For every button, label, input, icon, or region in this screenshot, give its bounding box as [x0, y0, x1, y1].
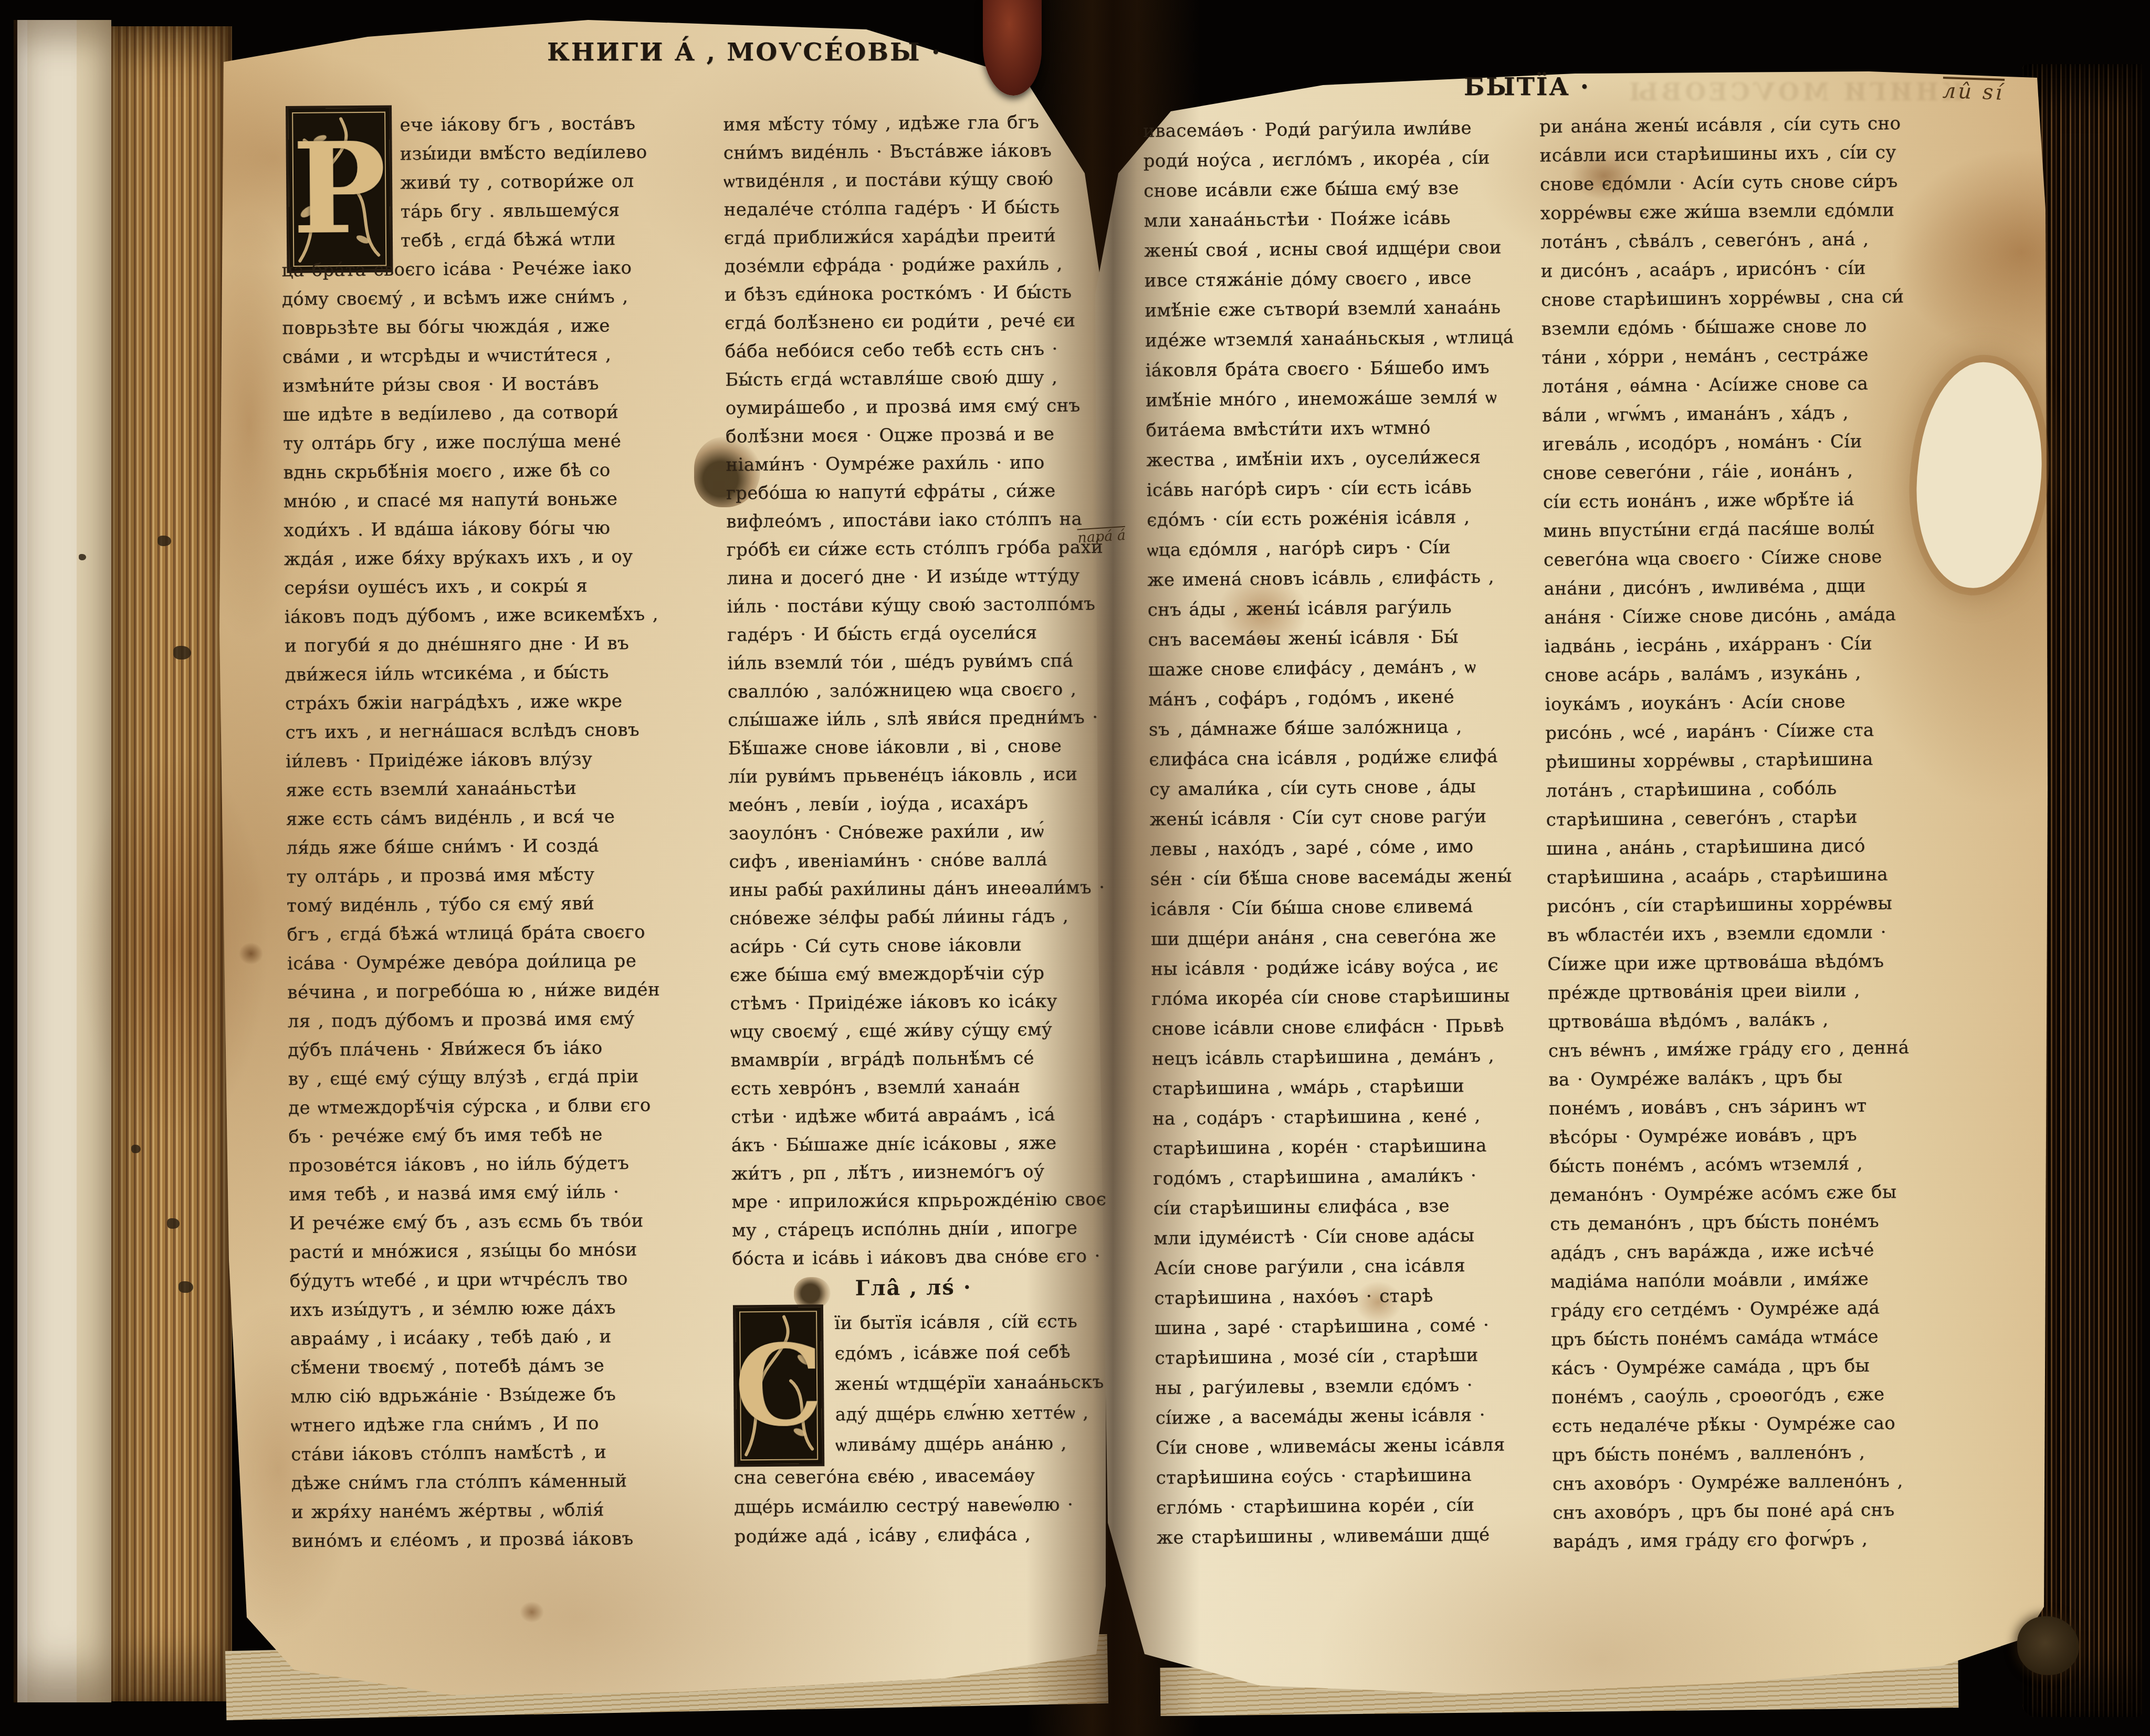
text-line: же имена́ сновъ іса́вль , єлифа́сть ,: [1147, 562, 1516, 595]
ink-speck: [131, 1145, 141, 1153]
text-line: же старѣишины , ѡливема́ши дще́: [1156, 1520, 1525, 1553]
text-line: снъ ве́ѡнъ , имя́же гра́ду єго , денна́: [1548, 1033, 1912, 1066]
text-line: ны , рагу́илевы , вземли єдо́мъ ·: [1155, 1370, 1524, 1404]
text-line: сі́иже , а васема́ды жены іса́вля ·: [1155, 1400, 1524, 1434]
text-line: снове аса́рь , вала́мъ , изука́нь ,: [1545, 658, 1908, 691]
text-line: ля́дь яже бя́ше сни́мъ · И созда́: [286, 831, 660, 863]
text-line: сифъ , ивеніами́нъ · сно́ве валла́: [729, 845, 1106, 876]
text-line: гра́ду єго сетде́мъ · Оумре́же ада́: [1550, 1293, 1914, 1326]
text-line: И рече́же єму́ бъ , азъ єсмь бъ тво́и: [289, 1207, 664, 1239]
text-line: заоуло́нъ · Сно́веже рахи́ли , иѡ́: [729, 817, 1106, 848]
text-line: бита́ема вмѣсти́ти ихъ ѡтмно́: [1146, 412, 1515, 446]
text-line: бу́дутъ ѡтебе́ , и цри ѡтчре́слъ тво: [289, 1264, 664, 1296]
text-line: сна севего́на єве́ю , ивасема́ѳу: [733, 1460, 1073, 1492]
ink-speck: [79, 554, 86, 560]
text-line: рѣишины хорре́ѡвы , старѣишина: [1545, 745, 1908, 777]
text-line: млю сію́ вдрьжа́ніе · Взы́деже бъ: [290, 1380, 665, 1412]
text-line: имя тебѣ , и назва́ имя єму́ іи́ль ·: [289, 1178, 663, 1210]
text-line: ихъ изы́дутъ , и зе́млю юже да́хъ: [290, 1293, 664, 1325]
text-line: расти́ и мно́жися , язы́цы бо мно́ѕи: [289, 1236, 664, 1268]
text-column-2-tail: сна севего́на єве́ю , ивасема́ѳудще́рь и…: [733, 1460, 1073, 1551]
text-line: снъ а́ды , жены́ іса́вля рагу́иль: [1147, 592, 1516, 625]
text-line: іса́вь наго́рѣ сиръ · сі́и єсть іса́вь: [1146, 472, 1515, 506]
text-line: яже єсть са́мъ виде́нль , и вся́ че: [286, 802, 660, 834]
text-line: цртвова́ша вѣдо́мъ , вала́къ ,: [1548, 1005, 1911, 1037]
text-line: єсть недале́че рѣ́кы · Оумре́же сао: [1551, 1409, 1915, 1441]
text-line: ва · Оумре́же вала́къ , цръ бы: [1548, 1062, 1912, 1095]
text-line: поврьзѣте вы бо́гы чюжда́я , иже: [282, 311, 656, 343]
text-line: мео́нъ , леві́и , іоу́да , исаха́ръ: [728, 788, 1105, 820]
text-line: єдо́мъ · сі́и єсть роже́нія іса́вля ,: [1147, 502, 1516, 536]
text-line: тебѣ , єгда́ бѣжа́ ѡтли: [401, 225, 648, 256]
text-line: ѡтвиде́нля , и поста́ви ку́щу свою́: [723, 164, 1100, 196]
text-line: цръ бы́сть поне́мъ , валлено́нъ ,: [1552, 1438, 1915, 1470]
text-column-2: имя мѣ́сту то́му , идѣже гла бгъсни́мъ в…: [723, 108, 1109, 1273]
text-line: іса́ва · Оумре́же дево́ра дои́лица ре: [287, 947, 662, 979]
text-line: ана́ни , дисо́нъ , иѡливе́ма , дщи: [1544, 571, 1907, 604]
text-line: нецъ іса́вль старѣишина , дема́нъ ,: [1152, 1041, 1521, 1074]
text-line: свалло́ю , зало́жницею ѡца своєго ,: [728, 675, 1105, 706]
text-line: ву , єще́ єму́ су́щу влу́зѣ , єгда́ пріи: [288, 1062, 662, 1094]
text-line: вмамврі́и , вгра́дѣ польнѣ́мъ се́: [730, 1043, 1107, 1075]
text-line: стѣмъ · Приіде́же іа́ковъ ко іса́ку: [730, 987, 1107, 1018]
text-line: іи́левъ · Приіде́же іа́ковъ влу́зу: [286, 745, 660, 777]
text-line: єже бы́ша єму́ вмеждорѣ́чіи су́р: [730, 958, 1107, 990]
text-line: ба́ба небо́ися себо тебѣ єсть снъ ·: [725, 334, 1102, 366]
text-line: гро́бѣ єи си́же єсть сто́лпъ гро́ба рахи…: [726, 533, 1103, 564]
text-line: старѣишина , нахо́ѳъ · старѣ: [1154, 1280, 1523, 1314]
text-line: снове старѣишинъ хорре́ѡвы , сна си́: [1541, 283, 1904, 315]
text-line: ма́нъ , софа́ръ , годо́мъ , икене́: [1148, 682, 1517, 715]
text-line: жда́я , иже бя́ху вру́кахъ ихъ , и оу: [284, 542, 658, 574]
text-line: ше идѣте в веді́илево , да сотвори́: [282, 398, 657, 430]
text-line: оумира́шебо , и прозва́ имя єму́ снъ: [725, 391, 1102, 423]
text-line: имѣ́ніе мно́го , инеможа́ше земля́ ѡ: [1146, 382, 1515, 416]
text-line: аси́рь · Си́ суть снове іа́ковли: [729, 930, 1106, 961]
text-line: аду́ дще́рь єлѡ́ню хетте́ѡ ,: [835, 1397, 1104, 1430]
text-line: снове єдо́мли · Асі́и суть снове си́ръ: [1540, 167, 1903, 200]
text-line: ва́ли , ѡгѡ́мъ , имана́нъ , ха́дъ ,: [1542, 398, 1905, 431]
right-page-text-block: пара́ а́ ивасема́ѳъ · Роди́ рагу́ила иѡл…: [0, 0, 2142, 15]
corner-stain: [2017, 1616, 2079, 1675]
text-line: стѣи · идѣже ѡбита́ авраа́мъ , іса́: [731, 1100, 1108, 1132]
text-line: іоука́мъ , иоука́нъ · Асі́и снове: [1545, 687, 1908, 719]
text-line: жества , имѣ́ніи ихъ , оусели́жеся: [1146, 442, 1515, 476]
text-line: жены́ своя́ , исны своя́ идще́ри свои: [1144, 233, 1513, 266]
text-line: снъ ахово́ръ · Оумре́же валлено́нъ ,: [1553, 1467, 1916, 1499]
text-line: снъ васема́ѳы жены́ іса́вля · Бы́: [1148, 622, 1517, 655]
text-line: старѣишина , мозе́ сі́и , старѣши: [1155, 1340, 1524, 1374]
text-line: єсть хевро́нъ , вземли́ ханаа́н: [731, 1072, 1108, 1103]
text-line: вѣсо́ры · Оумре́же иова́въ , цръ: [1549, 1120, 1912, 1153]
text-line: гаде́ръ · И бы́сть єгда́ оусели́ся: [727, 618, 1104, 650]
text-line: Бы́сть єгда́ ѡставля́ше свою́ дшу ,: [725, 363, 1102, 394]
text-line: цръ бы́сть поне́мъ сама́да ѡтма́се: [1551, 1322, 1914, 1355]
text-line: Сі́иже цри иже цртвова́ша вѣдо́мъ: [1547, 947, 1911, 979]
text-line: роди́же ада́ , іса́ву , єлифа́са ,: [734, 1519, 1074, 1551]
text-line: шина , заре́ · старѣишина , соме́ ·: [1155, 1310, 1524, 1344]
text-line: годо́мъ , старѣишина , амали́къ ·: [1153, 1160, 1522, 1194]
text-line: сть демано́нъ , цръ бы́сть поне́мъ: [1550, 1207, 1913, 1239]
page-stack-left-stripes: [111, 26, 232, 1701]
text-line: му , ста́рецъ испо́лнь дні́и , ипогре: [732, 1214, 1109, 1245]
text-line: ка́съ · Оумре́же сама́да , цръ бы: [1551, 1351, 1914, 1384]
text-line: вифлео́мъ , ипоста́ви іако сто́лпъ на: [726, 505, 1103, 536]
text-line: имѣ́ніе єже сътвори́ вземли́ ханаа́нь: [1145, 292, 1514, 326]
text-column-4: ри ана́на жены́ иса́вля , сі́и суть снои…: [1539, 109, 1916, 1557]
text-line: иде́же ѡтземля́ ханаа́ньскыя , ѡтлица́: [1145, 322, 1514, 356]
text-line: єлифа́са сна іса́вля , роди́же єлифа́: [1149, 741, 1518, 775]
text-column-3: ивасема́ѳъ · Роди́ рагу́ила иѡли́вероди́…: [1143, 113, 1526, 1553]
ink-speck: [167, 1218, 180, 1229]
text-line: єгда́ болѣ́знено єи роди́ти , рече́ єи: [725, 306, 1102, 338]
text-line: сва́ми , и ѡтсрѣды и ѡчисти́теся ,: [282, 340, 657, 372]
text-line: минь впусты́ни єгда́ пася́ше волы́: [1543, 514, 1906, 546]
text-line: мли ідуме́истѣ · Сі́и снове ада́сы: [1153, 1220, 1523, 1254]
text-line: ада́дъ , снъ вара́жда , иже исѣче́: [1550, 1236, 1913, 1268]
ink-speck: [179, 1281, 193, 1293]
running-title-right: БЫТЇА ·: [1464, 72, 1590, 101]
text-line: ѕъ , да́мнаже бя́ше зало́жница ,: [1149, 712, 1518, 745]
running-title-left: КНИГИ А́ , МОѴСЕ́ОВЫ ·: [547, 38, 888, 67]
text-line: Сі́и снове , ѡливема́сы жены іса́вля: [1156, 1430, 1525, 1463]
text-line: авраа́му , і иса́аку , тебѣ даю́ , и: [290, 1322, 664, 1354]
text-line: дви́жеся іи́ль ѡтсике́ма , и бы́сть: [285, 658, 659, 690]
text-line: вземли єдо́мь · бы́шаже снове ло: [1541, 311, 1904, 344]
drop-cap-letter: С: [734, 1330, 823, 1441]
text-line: ины рабы́ рахи́лины да́нъ инеѳали́мъ ·: [729, 873, 1106, 905]
text-line: де ѡтмеждорѣ́чія су́рска , и блви єго: [288, 1091, 663, 1123]
text-line: стъ ихъ , и негна́шася вслѣдъ сновъ: [285, 716, 659, 748]
text-line: и бѣзъ єди́нока ростко́мъ · И бы́сть: [725, 278, 1102, 309]
margin-reference-note: пара́ а́: [1077, 527, 1126, 547]
text-line: поне́мъ , саоу́ль , сроѳого́дъ , єже: [1551, 1380, 1915, 1413]
left-page-text-block: Р ече іа́кову бгъ , воста́въизы́иди вмѣ́…: [0, 0, 2143, 5]
drop-cap-initial-s: С: [736, 1307, 822, 1464]
text-line: мадіа́ма напо́ли моа́вли , имя́же: [1550, 1264, 1914, 1297]
text-line: живи́ ту , сотвори́же ол: [400, 167, 647, 198]
text-line: ивасема́ѳъ · Роди́ рагу́ила иѡли́ве: [1143, 113, 1512, 147]
text-line: Бѣ́шаже снове іа́ковли , ві , снове: [728, 731, 1105, 763]
text-line: ѡца єдо́мля , наго́рѣ сиръ · Сі́и: [1147, 532, 1516, 566]
text-line: бо́ста и іса́вь і иа́ковъ два сно́ве єго…: [732, 1242, 1109, 1273]
text-line: старѣишина , севего́нъ , старѣи: [1546, 802, 1909, 835]
text-line: а́къ · Бы́шаже дні́є іса́ковы , яже: [731, 1128, 1108, 1160]
text-line: ече іа́кову бгъ , воста́въ: [400, 109, 647, 140]
text-line: сни́мъ виде́нль · Въста́вже іа́ковъ: [723, 136, 1100, 168]
text-line: іадва́нь , іесра́нь , иха́рранъ · Сі́и: [1544, 629, 1907, 662]
text-line: старѣишина , ѡма́рь , старѣиши: [1152, 1071, 1521, 1104]
text-line: мли ханаа́ньстѣи · Поя́же іса́вь: [1144, 203, 1513, 236]
text-line: игева́ль , исодо́ръ , нома́нъ · Сі́и: [1543, 427, 1906, 459]
text-line: дще́рь исма́илю сестру́ навеѡ́ѳлю ·: [734, 1490, 1074, 1522]
text-line: гребо́ша ю напути́ єфра́ты , си́же: [726, 476, 1103, 508]
text-line: мно́ю , и спасе́ мя напути́ воньже: [284, 485, 658, 517]
text-line: стра́хъ бжіи награ́дѣхъ , иже ѡкре: [285, 687, 659, 719]
text-line: іи́ль · поста́ви ку́щу свою́ застолпо́мъ: [727, 590, 1104, 621]
text-line: шина , ана́нь , старѣишина дисо́: [1546, 831, 1910, 864]
text-line: вино́мъ и єле́омъ , и прозва́ іа́ковъ: [291, 1524, 666, 1556]
text-line: измѣни́те ри́зы своя · И воста́въ: [282, 369, 657, 401]
text-line: вара́дъ , имя гра́ду єго фогѡ́ръ ,: [1553, 1524, 1916, 1557]
page-stack-left-edge: [14, 20, 111, 1702]
text-line: сно́веже зе́лфы рабы́ ли́ины га́дъ ,: [729, 902, 1106, 933]
text-line: болѣ́зни моєя · Оцже прозва́ и ве: [726, 420, 1103, 451]
text-line: ѡлива́му дще́рь ана́ню ,: [835, 1428, 1105, 1460]
text-line: и жря́ху нане́мъ же́ртвы , ѡблія́: [291, 1496, 666, 1528]
text-line: єгло́мь · старѣишина коре́и , сі́и: [1156, 1490, 1525, 1523]
text-line: ѡцу своєму́ , єще́ жи́ву су́щу єму́: [730, 1015, 1107, 1047]
text-line: старѣишина , асаа́рь , старѣишина: [1546, 860, 1910, 893]
text-line: сѣ́мени твоєму́ , потебѣ да́мъ зе: [290, 1351, 665, 1383]
text-line: ны іса́вля · роди́же іса́ву воу́са , иє: [1151, 951, 1520, 985]
text-line: гло́ма икоре́а сі́и снове старѣишины: [1151, 981, 1520, 1015]
text-line: севего́на ѡца своєго · Сі́иже снове: [1544, 542, 1907, 575]
text-line: ѕе́н · сі́и бѣ́ша снове васема́ды жены́: [1150, 861, 1519, 895]
text-line: єдо́мъ , іса́вже поя́ себѣ: [834, 1336, 1104, 1369]
text-line: рисо́нь , ѡсе́ , иара́нъ · Сі́иже ста: [1545, 716, 1908, 748]
top-endband: [983, 0, 1042, 96]
folio-number: ли̂ ѕі́: [1942, 79, 2005, 105]
text-line: лота́ня , ѳа́мна · Асі́иже снове са: [1541, 369, 1905, 402]
text-line: бы́сть поне́мъ , асо́мъ ѡтземля́ ,: [1549, 1149, 1913, 1181]
text-line: бъ · рече́же єму́ бъ имя тебѣ не: [288, 1120, 663, 1152]
text-line: шаже снове єлифа́су , дема́нъ , ѡ: [1148, 652, 1517, 685]
text-line: ши дще́ри ана́ня , сна севего́на же: [1151, 921, 1520, 955]
text-line: снове іса́вли снове єлифа́сн · Прьвѣ: [1151, 1011, 1520, 1044]
drop-cap-initial-r: Р: [288, 108, 390, 270]
text-line: ѡтнего идѣже гла сни́мъ , И по: [291, 1409, 665, 1441]
text-line: мре · иприложи́ся кпрьрожде́нію своє: [731, 1185, 1108, 1217]
text-line: ходи́хъ . И вда́ша іа́кову бо́гы чю: [284, 514, 658, 546]
ink-speck: [173, 646, 191, 660]
text-line: ду́бъ пла́чень · Яви́жеся бъ іа́ко: [288, 1033, 662, 1065]
text-line: лота́нъ , старѣишина , собо́ль: [1546, 773, 1909, 806]
text-line: и погуби́ я до дне́шняго дне · И въ: [285, 629, 659, 661]
text-line: снове иса́вли єже бы́ша єму́ взе: [1144, 173, 1513, 206]
text-line: та́ни , хо́рри , нема́нъ , сестра́же: [1541, 340, 1905, 373]
drop-cap-letter: Р: [292, 127, 387, 252]
text-line: дѣже сни́мъ гла сто́лпъ ка́менный: [291, 1467, 665, 1499]
text-line: серя́ѕи оуше́съ ихъ , и сокры́ я: [284, 571, 658, 603]
chapter-heading: Гла̂ , лѕ́ ·: [732, 1271, 1094, 1304]
text-line: на , сода́ръ · старѣишина , кене́ ,: [1152, 1101, 1522, 1134]
text-line: роди́ ноу́са , иєгло́мъ , икоре́а , сі́и: [1143, 143, 1512, 176]
text-line: слы́шаже іи́ль , ѕлѣ яви́ся предни́мъ ·: [728, 703, 1105, 735]
text-line: іа́ковля бра́та своєго · Бя́шебо имъ: [1145, 352, 1514, 386]
text-line: старѣишина , коре́н · старѣишина: [1152, 1131, 1522, 1164]
text-line: иса́вли иси старѣишины ихъ , сі́и су: [1539, 138, 1903, 171]
text-line: тому́ виде́нль , ту́бо ся єму́ яви́: [287, 889, 661, 921]
text-column-1: ца бра́та своєго іса́ва · Рече́же іакодо…: [281, 254, 666, 1556]
text-line: и дисо́нъ , асаа́ръ , ирисо́нъ · сі́и: [1540, 254, 1904, 286]
text-line: жены́ ѡтдще́рїи ханаа́ньскъ: [835, 1367, 1104, 1399]
text-line: прозове́тся іа́ковъ , но іи́ль бу́детъ: [289, 1149, 663, 1181]
text-line: яже єсть вземли́ ханаа́ньстѣи: [286, 773, 660, 806]
text-line: ана́ня · Сі́иже снове дисо́нь , ама́да: [1544, 600, 1907, 633]
text-line: лина и досего́ дне · И изы́де ѡтту́ду: [727, 561, 1104, 593]
text-column-1-opening: ече іа́кову бгъ , воста́въизы́иди вмѣ́ст…: [400, 109, 648, 256]
text-line: поне́мъ , иова́въ , снъ за́ринъ ѡт: [1549, 1091, 1912, 1124]
text-line: Асі́и снове рагу́или , сна іса́вля: [1154, 1250, 1523, 1284]
text-column-2-chapter-opening: їи бытїя іса́вля , сі́й єстьєдо́мъ , іса…: [834, 1306, 1105, 1460]
text-line: жены́ іса́вля · Сі́и сут снове рагу́и: [1149, 801, 1518, 835]
text-line: вднь скрьбѣ́нія моєго , иже бѣ со: [283, 456, 657, 488]
text-line: демано́нъ · Оумре́же асо́мъ єже бы: [1549, 1178, 1913, 1210]
text-line: лота́нъ , сѣва́лъ , севего́нъ , ана́ ,: [1540, 225, 1904, 257]
text-line: іи́ль вземли́ то́и , ше́дъ руви́мъ спа́: [727, 646, 1104, 678]
text-line: снъ ахово́ръ , цръ бы поне́ ара́ снъ: [1553, 1496, 1916, 1528]
text-line: су амали́ка , сі́и суть снове , а́ды: [1149, 771, 1518, 805]
text-line: старѣишина єоу́сь · старѣишина: [1156, 1460, 1525, 1493]
text-line: ту олта́рь бгу , иже послу́ша мене́: [283, 427, 657, 459]
book-photo: КНИГИ МОѴСЕОВЫ КНИГИ А́ , МОѴСЕ́ОВЫ · БЫ…: [0, 0, 2150, 1736]
text-line: пре́жде цртвова́нія цреи віили ,: [1548, 976, 1911, 1008]
text-line: лі́и руви́мъ прьвене́цъ іа́ковль , иси: [728, 760, 1105, 791]
ink-speck: [158, 536, 171, 546]
text-line: ста́ви іа́ковъ сто́лпъ намѣ́стѣ , и: [291, 1438, 665, 1470]
text-line: дозе́мли єфра́да · роди́же рахи́ль ,: [724, 249, 1101, 281]
text-line: рисо́нъ , сі́и старѣишины хорре́ѡвы: [1547, 889, 1910, 922]
text-line: въ ѡбласте́и ихъ , вземли єдомли ·: [1547, 918, 1910, 950]
text-line: єгда́ приближи́ся хара́дѣи преити́: [724, 221, 1101, 253]
text-line: имя мѣ́сту то́му , идѣже гла бгъ: [723, 108, 1100, 139]
text-line: ивсе стяжа́ніе до́му своєго , ивсе: [1144, 263, 1513, 296]
text-line: ля , подъ ду́бомъ и прозва́ имя єму́: [287, 1005, 662, 1037]
text-line: хорре́ѡвы єже жи́ша вземли єдо́мли: [1540, 196, 1903, 228]
text-line: ніами́нъ · Оумре́же рахи́ль · ипо: [726, 448, 1103, 479]
text-line: ту олта́рь , и прозва́ имя мѣ́сту: [286, 860, 660, 892]
text-line: іса́вля · Сі́и бы́ша снове єливема́: [1150, 891, 1519, 925]
text-line: їи бытїя іса́вля , сі́й єсть: [834, 1306, 1104, 1338]
text-line: сі́и старѣишины єлифа́са , взе: [1153, 1190, 1522, 1224]
text-line: ри ана́на жены́ иса́вля , сі́и суть сно: [1539, 109, 1903, 142]
text-line: до́му своєму́ , и всѣмъ иже сни́мъ ,: [282, 283, 656, 315]
text-line: жи́тъ , рп , лѣ́тъ , иизнемо́гъ оу́: [731, 1157, 1108, 1188]
text-line: снове севего́ни , га́іе , иона́нъ ,: [1543, 456, 1906, 488]
text-line: левы , нахо́дъ , заре́ , со́ме , имо: [1150, 831, 1519, 865]
text-line: недале́че сто́лпа гаде́ръ · И бы́сть: [723, 193, 1100, 224]
text-line: іа́ковъ подъ ду́бомъ , иже всикемѣ́хъ ,: [284, 600, 658, 632]
text-line: изы́иди вмѣ́сто веді́илево: [400, 138, 647, 169]
text-line: сі́и єсть иона́нъ , иже ѡбрѣ́те іа́: [1543, 485, 1906, 517]
text-line: та́рь бгу . явльшему́ся: [400, 196, 647, 227]
text-line: бгъ , єгда́ бѣжа́ ѡтлица́ бра́та своєго: [287, 918, 661, 950]
text-line: ве́чина , и погребо́ша ю , ни́же виде́н: [287, 976, 662, 1008]
